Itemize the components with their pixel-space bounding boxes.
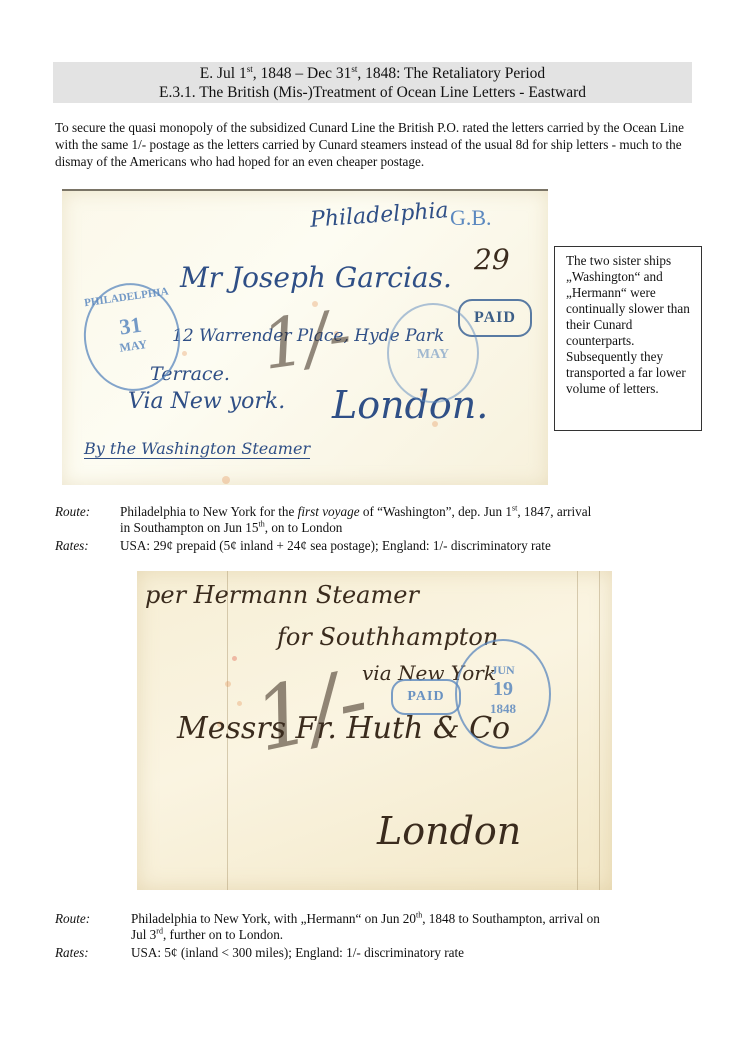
rates-text: USA: 29¢ prepaid (5¢ inland + 24¢ sea po… xyxy=(120,538,551,554)
rates-label: Rates: xyxy=(55,945,89,961)
ship-manuscript: By the Washington Steamer xyxy=(84,439,310,459)
section-title: E.3.1. The British (Mis-)Treatment of Oc… xyxy=(53,83,692,102)
charge-manuscript: 1/- xyxy=(257,295,356,386)
ship-manuscript: per Hermann Steamer xyxy=(145,581,419,609)
period-title: E. Jul 1st, 1848 – Dec 31st, 1848: The R… xyxy=(53,64,692,83)
intro-paragraph: To secure the quasi monopoly of the subs… xyxy=(55,119,695,170)
city-manuscript: London xyxy=(377,809,521,853)
destination-manuscript: for Southhampton xyxy=(277,623,498,651)
origin-manuscript: Philadelphia xyxy=(309,198,449,233)
charge-manuscript: 1/- xyxy=(246,650,377,771)
route-text: Philadelphia to New York, with „Hermann“… xyxy=(131,911,711,943)
route-label: Route: xyxy=(55,504,90,520)
route-label: Route: xyxy=(55,911,90,927)
new-york-cds-postmark: JUN 19 1848 xyxy=(455,639,551,749)
receiving-cds-postmark: MAY xyxy=(387,303,479,403)
gb-marking: G.B. xyxy=(450,205,492,231)
ships-note-box: The two sister ships „Washington“ and „H… xyxy=(554,246,702,431)
cover-image-hermann: per Hermann Steamer for Southhampton via… xyxy=(137,571,612,890)
paid-handstamp: PAID xyxy=(391,679,461,715)
route-text: Philadelphia to New York for the first v… xyxy=(120,504,705,536)
cover-image-washington: Philadelphia G.B. 29 Mr Joseph Garcias. … xyxy=(62,189,548,485)
page-header: E. Jul 1st, 1848 – Dec 31st, 1848: The R… xyxy=(53,62,692,103)
rates-label: Rates: xyxy=(55,538,89,554)
rate-manuscript: 29 xyxy=(474,243,510,276)
caption-washington: Route: Philadelphia to New York for the … xyxy=(55,504,705,554)
rates-text: USA: 5¢ (inland < 300 miles); England: 1… xyxy=(131,945,464,961)
addressee-manuscript: Mr Joseph Garcias. xyxy=(180,261,452,294)
caption-hermann: Route: Philadelphia to New York, with „H… xyxy=(55,911,705,961)
via-manuscript: Via New york. xyxy=(128,389,285,414)
